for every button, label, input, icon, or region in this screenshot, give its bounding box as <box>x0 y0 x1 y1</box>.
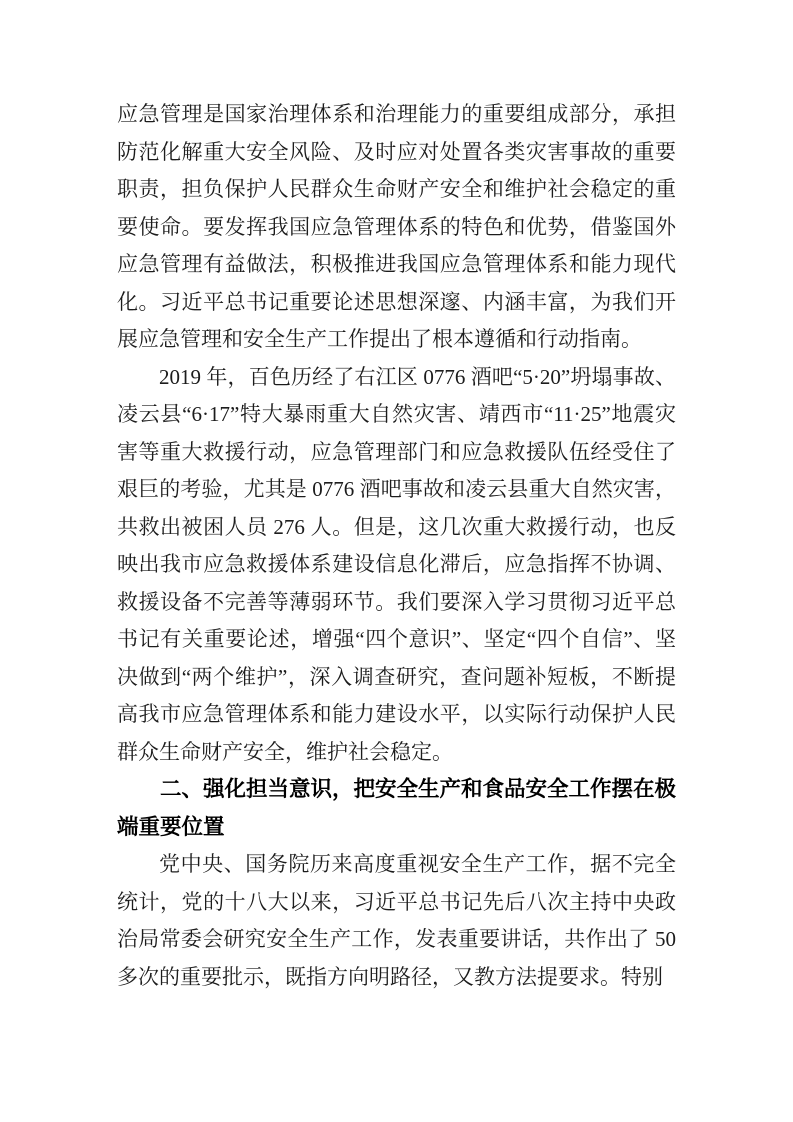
paragraph-party-central-committee: 党中央、国务院历来高度重视安全生产工作，据不完全统计，党的十八大以来，习近平总书… <box>117 846 676 996</box>
paragraph-2019-rescue-operations: 2019 年，百色历经了右江区 0776 酒吧“5·20”坍塌事故、凌云县“6·… <box>117 359 676 772</box>
section-heading-two: 二、强化担当意识，把安全生产和食品安全工作摆在极端重要位置 <box>117 771 676 846</box>
paragraph-emergency-management-continuation: 应急管理是国家治理体系和治理能力的重要组成部分，承担防范化解重大安全风险、及时应… <box>117 96 676 359</box>
document-text-block: 应急管理是国家治理体系和治理能力的重要组成部分，承担防范化解重大安全风险、及时应… <box>117 96 676 996</box>
document-page: 应急管理是国家治理体系和治理能力的重要组成部分，承担防范化解重大安全风险、及时应… <box>0 0 793 1122</box>
